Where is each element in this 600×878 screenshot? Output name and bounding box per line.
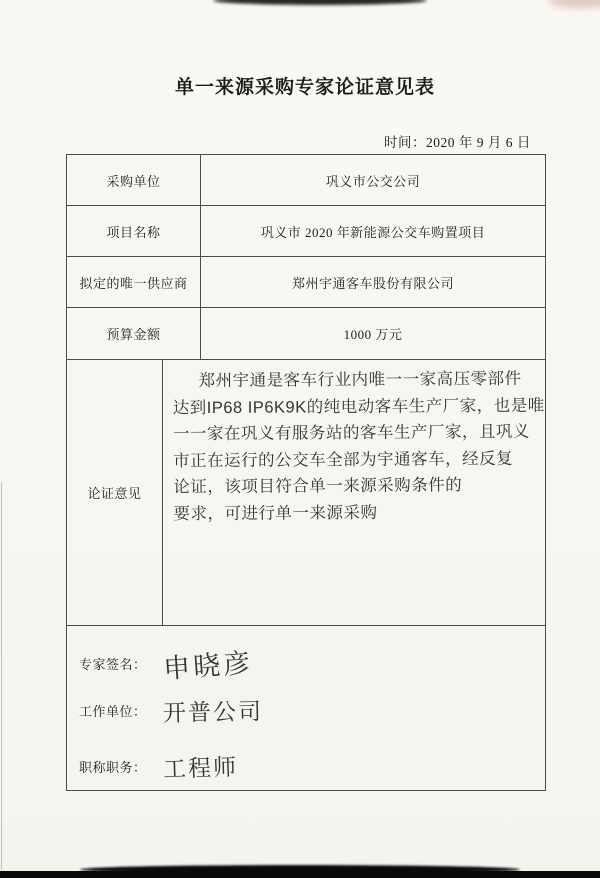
opinion-handwriting-line: 市正在运行的公交车全部为宇通客车，经反复 [173,445,545,474]
document-title: 单一来源采购专家论证意见表 [0,72,600,99]
form-table: 采购单位 巩义市公交公司 项目名称 巩义市 2020 年新能源公交车购置项目 拟… [66,154,546,791]
table-row-expert-info: 专家签名： 申晓彦 工作单位： 开普公司 职称职务： 工程师 [67,626,545,790]
work-unit-label: 工作单位： [79,704,147,719]
table-row-purchaser: 采购单位 巩义市公交公司 [67,155,545,206]
opinion-handwriting: 郑州宇通是客车行业内唯一一家高压零部件 达到IP68 IP6K9K的纯电动客车生… [172,366,545,528]
expert-signature-line: 专家签名： 申晓彦 [79,644,253,683]
scan-artifact-top-right-smudge [548,0,600,8]
work-unit-line: 工作单位： 开普公司 [79,694,263,727]
opinion-handwriting-line: 要求，可进行单一来源采购 [173,498,545,527]
row-value: 1000 万元 [201,308,545,359]
row-label: 拟定的唯一供应商 [67,257,201,307]
row-label: 项目名称 [67,206,201,256]
job-title-line: 职称职务： 工程师 [79,750,238,783]
row-value: 郑州宇通客车股份有限公司 [201,257,545,307]
table-row-sole-supplier: 拟定的唯一供应商 郑州宇通客车股份有限公司 [67,257,545,308]
row-label: 论证意见 [67,360,163,625]
scan-artifact-paper-edge [1,482,2,870]
scan-artifact-bottom-bar [0,871,600,878]
row-label: 预算金额 [67,308,201,359]
opinion-handwriting-line: 郑州宇通是客车行业内唯一一家高压零部件 [172,366,544,395]
job-title-label: 职称职务： [79,760,147,775]
scan-artifact-top-smudge [213,0,427,5]
row-label: 采购单位 [67,155,201,205]
opinion-handwriting-line: 论证，该项目符合单一来源采购条件的 [173,472,545,501]
row-value: 巩义市 2020 年新能源公交车购置项目 [201,206,545,256]
job-title-handwriting: 工程师 [162,749,238,785]
expert-signature-handwriting: 申晓彦 [161,641,254,686]
date-line: 时间：2020 年 9 月 6 日 [384,131,584,151]
table-row-project-name: 项目名称 巩义市 2020 年新能源公交车购置项目 [67,206,545,257]
table-row-opinion: 论证意见 郑州宇通是客车行业内唯一一家高压零部件 达到IP68 IP6K9K的纯… [67,360,545,626]
opinion-handwriting-line: 达到IP68 IP6K9K的纯电动客车生产厂家，也是唯 [173,392,545,421]
opinion-cell: 郑州宇通是客车行业内唯一一家高压零部件 达到IP68 IP6K9K的纯电动客车生… [163,360,545,625]
table-row-budget: 预算金额 1000 万元 [67,308,545,360]
scanned-document-page: 单一来源采购专家论证意见表 时间：2020 年 9 月 6 日 采购单位 巩义市… [0,0,600,878]
opinion-handwriting-line: 一一家在巩义有服务站的客车生产厂家，且巩义 [173,419,545,448]
signature-label: 专家签名： [79,657,147,672]
work-unit-handwriting: 开普公司 [162,693,263,728]
row-value: 巩义市公交公司 [201,155,545,205]
